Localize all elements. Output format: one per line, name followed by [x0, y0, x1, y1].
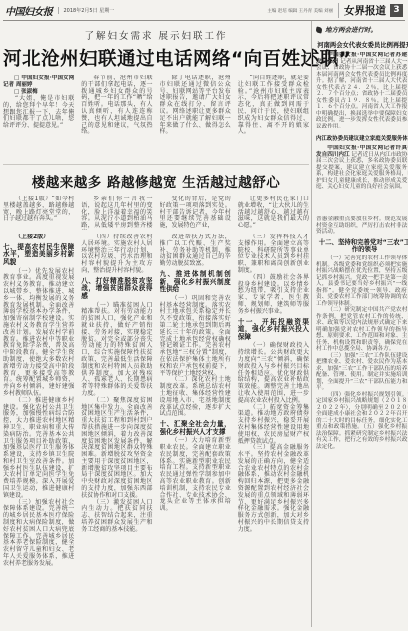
lead-text: “向百姓述职，就是要让妇联工作接受群众检验。”沧州市妇联主席表示，今后将把述职评… — [238, 75, 309, 136]
doc-col-3: 改进帮扶方式方法，推广以工代赈、生产奖补、劳务补助等机制，推动贫困群众通过自己的… — [160, 234, 231, 627]
pen-icon — [315, 26, 322, 33]
lead-col-4: “向百姓述职，就是要让妇联工作接受群众检验。”沧州市妇联主席表示，今后将把述职评… — [238, 75, 309, 159]
section-name: 女界报道 — [338, 3, 386, 18]
doc-text: （三）激发贫困人口内生动力。把扶贫同扶志、扶智结合起来，注重培养贫困群众发展生产… — [81, 500, 152, 534]
doc-section-8-heading: 八、打好精准脱贫攻坚战，增强贫困群众获得感 — [81, 278, 152, 301]
page-number-badge: 3 — [390, 4, 403, 17]
masthead-logo: 中国妇女报 — [5, 3, 53, 18]
doc-section-12-heading: 十二、坚持和完善党对“三农”工作的领导 — [318, 239, 408, 254]
doc-text: （二）拓宽资金筹集渠道。推动地方政府债券支持乡村振兴，稳妥开展农村集体经营性建设… — [238, 405, 309, 446]
sidebar-article1-body: 中国妇女报·中国女网记者苏建军 发自郑州 记者从河南省十三届人大一次会议、省政协… — [316, 52, 408, 128]
lead-text: 春节前，沧州市妇联的干部们拿起电话，逐一拨通城乡妇女群众的号码，把一年的工作“晒… — [81, 75, 152, 136]
staff-credits: 主编 赵培 编辑 王丹青 美编 刘丽 — [267, 8, 333, 14]
date-line: 2018年2月5日 星期一 — [58, 7, 115, 14]
left-zone: 了解妇女需求 展示妇联工作 河北沧州妇联通过电话网络“向百姓述职” □ 中国妇女… — [3, 21, 309, 627]
feature-col-4: 让更多村民在家门口就业增收，“让大伙儿的生活越过越舒心、越过越有滋味，这就是我们… — [238, 196, 309, 230]
lead-text: “大姐，俺是市妇联的，给您拜个早年！今天想跟您汇报一下，去年俺们妇联都干了点儿啥… — [3, 96, 74, 130]
lead-col-1: □ 中国妇女报·中国女网记者 周丽婷 □ 张淑梅 “大姐，俺是市妇联的，给您拜个… — [3, 75, 74, 159]
doc-col-1: （上接2版） 七、提高农村民生保障水平，塑造美丽乡村新风貌 （一）优先发展农村教… — [3, 234, 74, 627]
feature-text: 变化的背后，是党的好政策一项项落到实处。村干部告诉记者，今年村里还要继续完善基础… — [160, 196, 231, 230]
doc-col-4: （三）发挥科技人才支撑作用。全面建立高等院校、科研院所等事业单位专业技术人员到乡… — [238, 234, 309, 627]
doc-text: （三）提高金融服务水平。坚持农村金融改革发展的正确方向，健全适合农业农村特点的农… — [238, 445, 309, 533]
sidebar: 地方两会进行时。 河南两会女代表女委员比例再提升 中国妇女报·中国女网记者苏建军… — [311, 21, 408, 627]
sidebar-article1-text: 记者从河南省十三届人大一次会议、省政协十二届一次会议上获悉，本届河南两会女性代表… — [316, 59, 408, 129]
feature-text: 让更多村民在家门口就业增收，“让大伙儿的生活越过越舒心、越过越有滋味，这就是我们… — [238, 196, 309, 230]
sidebar-article1-headline: 河南两会女代表女委员比例再提升 — [316, 40, 408, 49]
sidebar-article2-body: 中国妇女报·中国女网记者许真学 发自四川内江 记者近日从内江市政协七届三次会议上… — [316, 145, 408, 211]
doc-text: （一）巩固和完善农村基本经营制度。落实农村土地承包关系稳定并长久不变政策，衔接落… — [160, 296, 231, 378]
document-columns: （上接2版） 七、提高农村民生保障水平，塑造美丽乡村新风貌 （一）优先发展农村教… — [3, 234, 309, 627]
feature-col-2: 乡亲们你一言我一语，说起这几年村里的变化，脸上洋溢着幸福的笑容。从泥泞小道到柏油… — [81, 196, 152, 230]
doc-text: （二）深化农村土地制度改革。系统总结农村土地征收、集体经营性建设用地入市、宅基地… — [160, 377, 231, 418]
feature-headline: 楼越来越多 路越修越宽 生活越过越舒心 — [3, 171, 309, 191]
tagline-text: 地方两会进行时。 — [325, 25, 377, 34]
doc-text: （二）聚焦深度贫困地区集中发力。全面改善贫困地区生产生活条件，重大扶贫工程和到村… — [81, 398, 152, 500]
sidebar-article2-text: 记者近日从内江市政协七届三次会议上获悉，多名政协委员联名提交提案，建议建立家庭关… — [316, 152, 408, 191]
lead-story-columns: □ 中国妇女报·中国女网记者 周丽婷 □ 张淑梅 “大姐，俺是市妇联的，给您拜个… — [3, 75, 309, 159]
doc-section-10-heading: 十、汇聚全社会力量，强化乡村振兴人才支撑 — [160, 421, 231, 436]
doc-text: （一）瞄准贫困人口精准帮扶。对有劳动能力的贫困人口，强化产业和就业扶持，做好产销… — [81, 303, 152, 398]
feature-col-1: （上接1版）“如今村里楼越盖越多，路越修越宽，晚上路灯亮堂堂的，日子越过越有奔头… — [3, 196, 74, 230]
doc-text: （一）优先发展农村教育事业。高度重视发展农村义务教育，推动建立以城带乡、整体推进… — [3, 269, 74, 398]
doc-section-9-heading: 九、推进体制机制创新，强化乡村振兴制度性供给 — [160, 271, 231, 294]
lead-text: 除了电话述职，沧州市妇联还通过微信公众号、妇联网站等平台发布述职报告，邀请广大妇… — [160, 75, 231, 136]
doc-section-7-heading: 七、提高农村民生保障水平，塑造美丽乡村新风貌 — [3, 244, 74, 267]
feature-columns: （上接1版）“如今村里楼越盖越多，路越修越宽，晚上路灯亮堂堂的，日子越过越有奔头… — [3, 196, 309, 230]
doc-text: （四）强化乡村振兴规划引领。制定国家乡村振兴战略规划（２０１８－２０２２年），分… — [316, 392, 408, 451]
sidebar-article2-headline: 内江政协委员建议建立家庭关爱服务体系 — [316, 134, 408, 142]
doc-col-2: （四）持续改善农村人居环境。实施农村人居环境整治三年行动计划，以农村垃圾、污水治… — [81, 234, 152, 627]
lead-col-2: 春节前，沧州市妇联的干部们拿起电话，逐一拨通城乡妇女群众的号码，把一年的工作“晒… — [81, 75, 152, 159]
doc-text: （四）持续改善农村人居环境。实施农村人居环境整治三年行动计划，以农村垃圾、污水治… — [81, 234, 152, 275]
continuation-marker: （上接2版） — [15, 234, 49, 240]
doc-text: （二）推进健康乡村建设。强化农村公共卫生服务，加强慢性病综合防控，大力推进农村地… — [3, 398, 74, 500]
weekday-text: 星期一 — [99, 8, 114, 14]
divider-rule — [3, 164, 309, 165]
feature-col-3: 变化的背后，是党的好政策一项项落到实处。村干部告诉记者，今年村里还要继续完善基础… — [160, 196, 231, 230]
doc-text: （一）完善党的农村工作领导体制机制。各级党委和党组织必须把实施乡村振兴战略摆在优… — [316, 255, 408, 307]
lead-byline-1: □ 中国妇女报·中国女网记者 周丽婷 — [3, 75, 74, 89]
doc-text: （二）研究制定中国共产党农村工作条例。把党管农村工作的传统、要求、政策等以党内法… — [316, 307, 408, 353]
header-right: 主编 赵培 编辑 王丹青 美编 刘丽 女界报道 3 — [267, 3, 403, 18]
doc-text: 普惠金融重点要放在乡村。规范发展农村资金互助组织，严厉打击农村非法集资活动。 — [316, 216, 408, 236]
sidebar-doc-body: （一）完善党的农村工作领导体制机制。各级党委和党组织必须把实施乡村振兴战略摆在优… — [316, 255, 408, 625]
newspaper-page: 中国妇女报 2018年2月5日 星期一 主编 赵培 编辑 王丹青 美编 刘丽 女… — [0, 0, 408, 631]
lead-col-3: 除了电话述职，沧州市妇联还通过微信公众号、妇联网站等平台发布述职报告，邀请广大妇… — [160, 75, 231, 159]
sidebar-doc-tail: 普惠金融重点要放在乡村。规范发展农村资金互助组织，严厉打击农村非法集资活动。 — [316, 216, 408, 236]
lead-kicker: 了解妇女需求 展示妇联工作 — [3, 28, 309, 42]
header-left: 中国妇女报 2018年2月5日 星期一 — [5, 3, 114, 18]
date-text: 2018年2月5日 — [64, 8, 98, 14]
doc-text: （三）发挥科技人才支撑作用。全面建立高等院校、科研院所等事业单位专业技术人员到乡… — [238, 234, 309, 275]
doc-text: （三）加强农村社会保障体系建设。完善统一的城乡居民基本医疗保险制度和大病保险制度… — [3, 500, 74, 568]
feature-text: 乡亲们你一言我一语，说起这几年村里的变化，脸上洋溢着幸福的笑容。从泥泞小道到柏油… — [81, 196, 152, 230]
page-header: 中国妇女报 2018年2月5日 星期一 主编 赵培 编辑 王丹青 美编 刘丽 女… — [3, 2, 405, 21]
doc-text: （一）确保财政投入持续增长。公共财政更大力度向“三农”倾斜，确保财政投入与乡村振… — [238, 343, 309, 404]
doc-text: （四）鼓励社会各界投身乡村建设。以乡情乡愁为纽带，吸引支持企业家、专家学者、医生… — [238, 275, 309, 316]
content-area: 了解妇女需求 展示妇联工作 河北沧州妇联通过电话网络“向百姓述职” □ 中国妇女… — [3, 21, 405, 627]
doc-text: （一）大力培育新型职业农民。全面建立职业农民制度，完善配套政策体系。实施新型职业… — [160, 438, 231, 513]
lead-headline: 河北沧州妇联通过电话网络“向百姓述职” — [3, 45, 309, 71]
doc-section-11-heading: 十一、开拓投融资渠道，强化乡村振兴投入保障 — [238, 319, 309, 342]
doc-text: （三）加强“三农”工作队伍建设。把懂农业、爱农村、爱农民作为基本要求，加强“三农… — [316, 353, 408, 392]
doc-text: 改进帮扶方式方法，推广以工代赈、生产奖补、劳务补助等机制，推动贫困群众通过自己的… — [160, 234, 231, 268]
sidebar-tagline: 地方两会进行时。 — [316, 25, 408, 34]
feature-text: （上接1版）“如今村里楼越盖越多，路越修越宽，晚上路灯亮堂堂的，日子越过越有奔头… — [3, 196, 74, 223]
